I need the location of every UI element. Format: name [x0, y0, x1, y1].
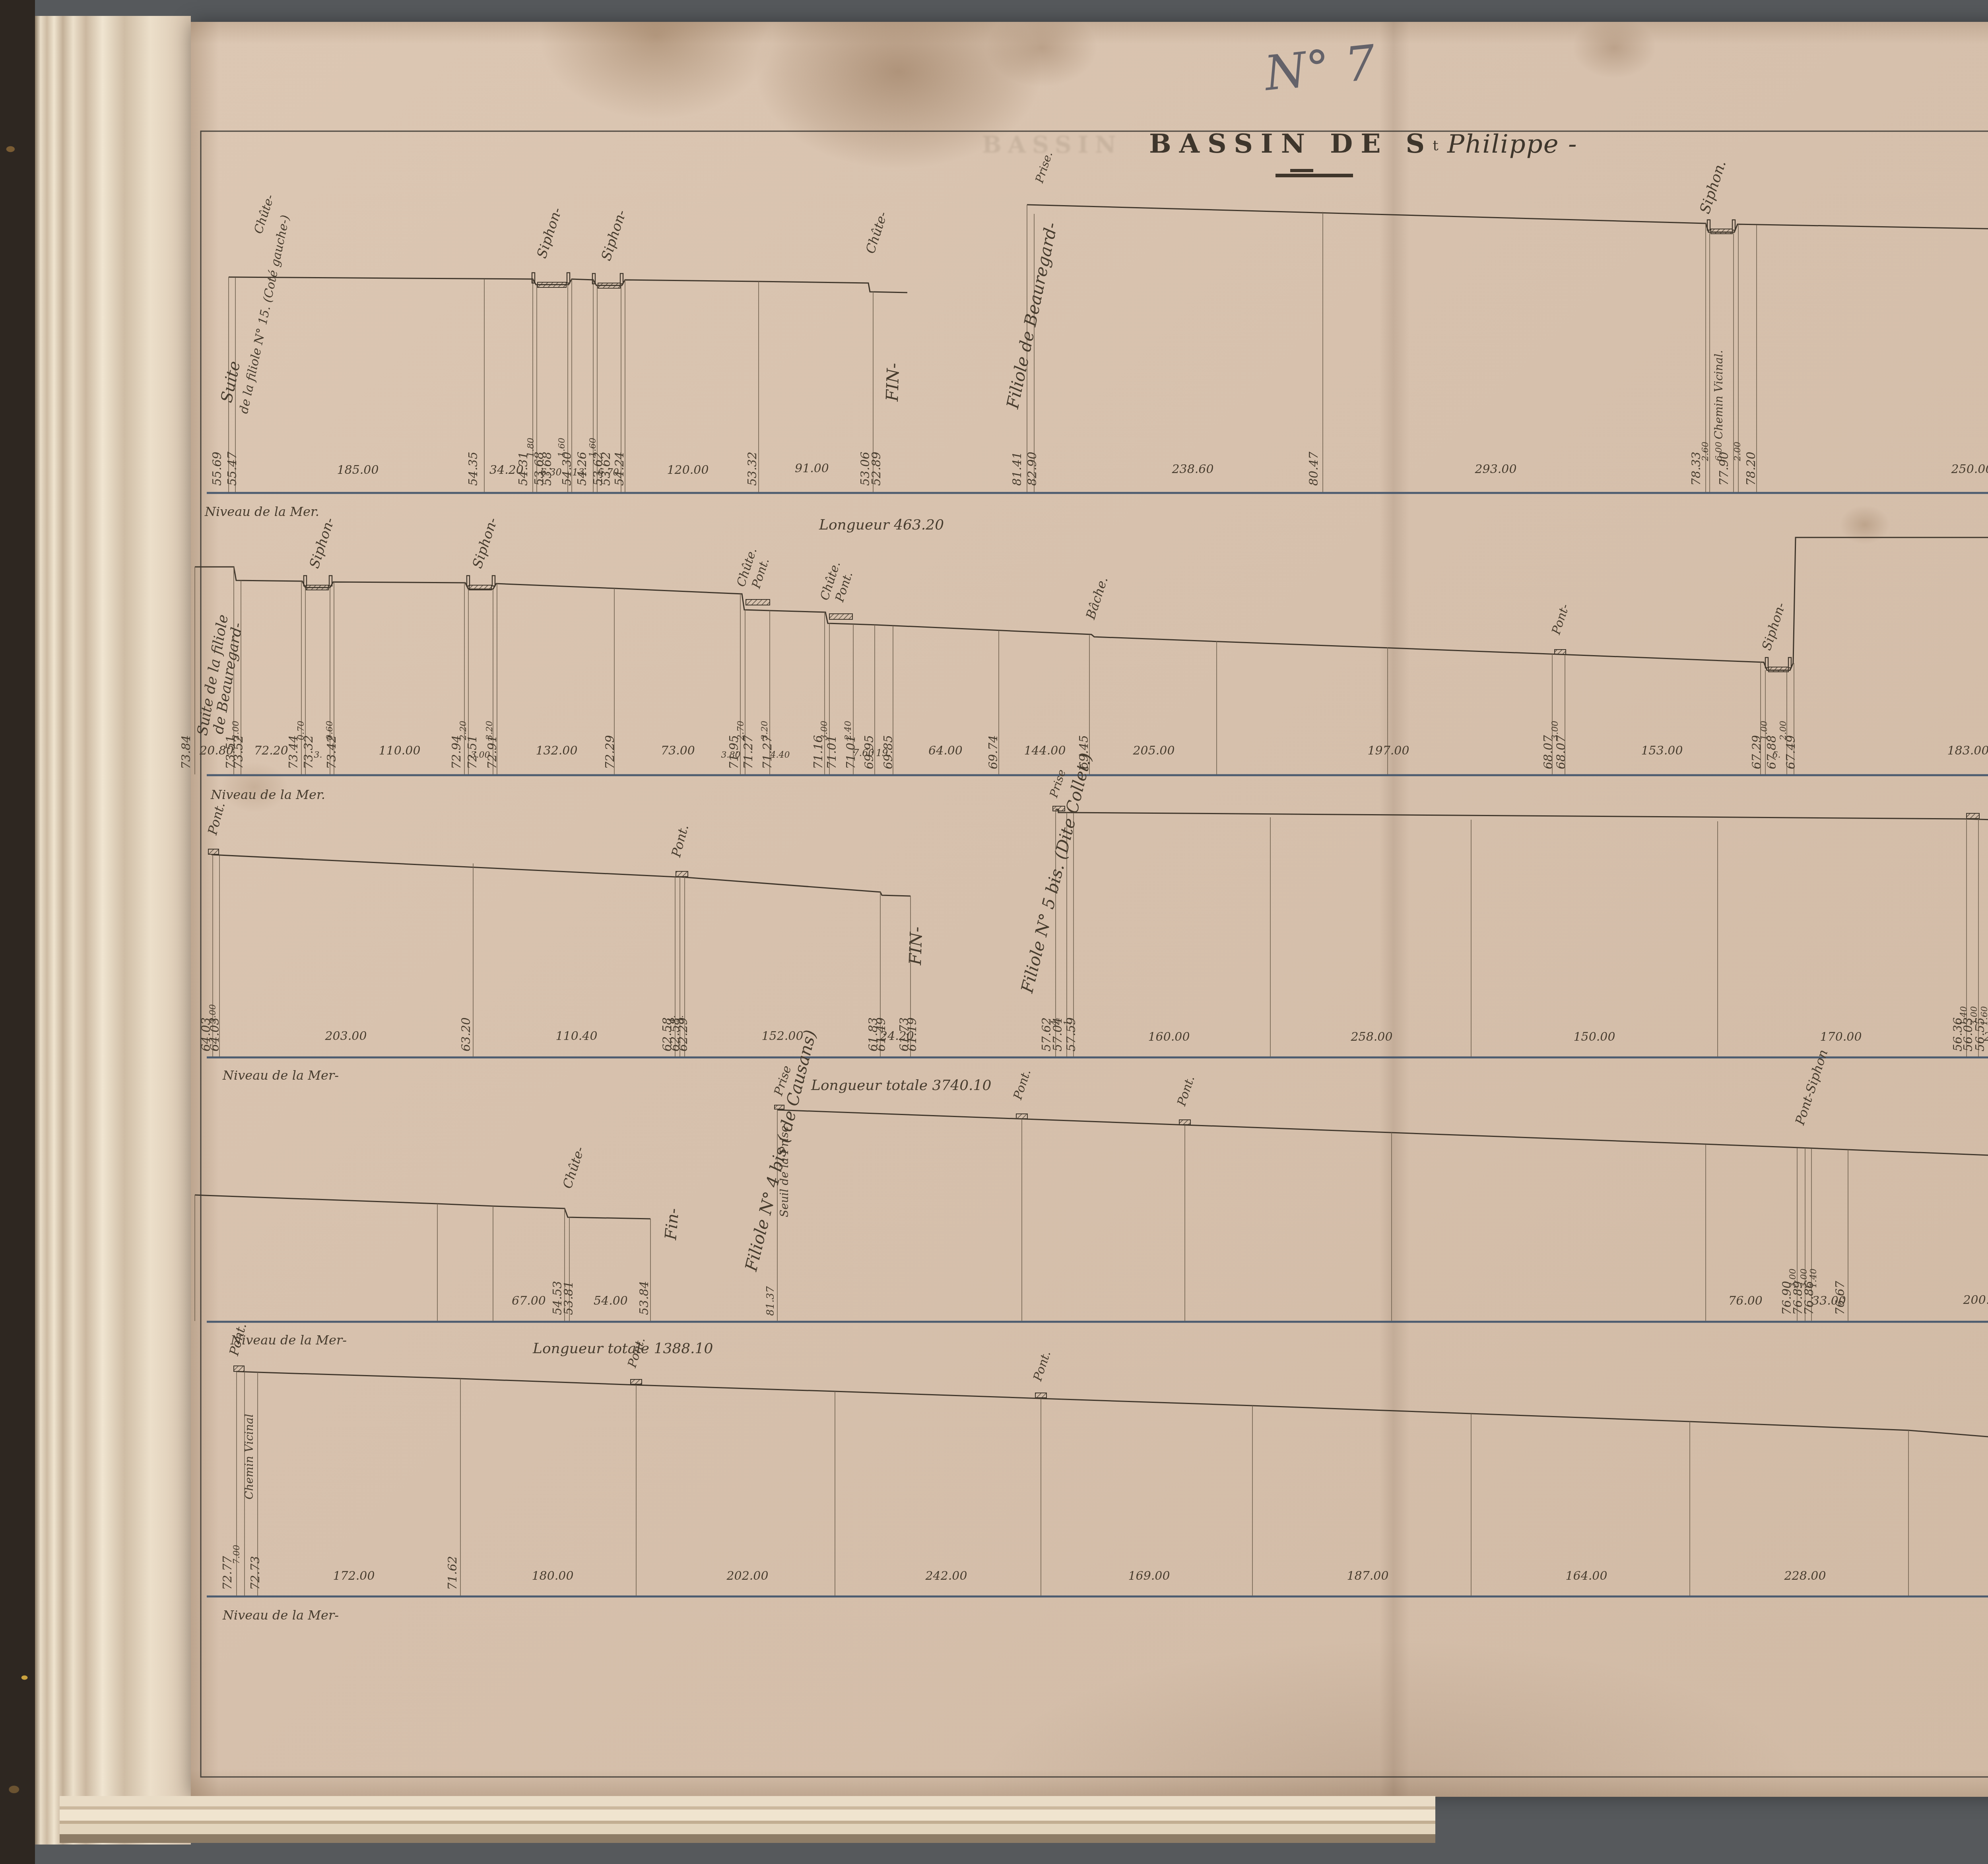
siphon-post [1765, 658, 1768, 668]
title-underline [1276, 174, 1353, 177]
annotation: 152.00 [762, 1029, 804, 1043]
annotation: 1.60 [588, 438, 598, 457]
annotation: 29.00 [1983, 1030, 1988, 1044]
siphon-post [567, 273, 570, 283]
channel-topline [212, 855, 911, 896]
annotation: Niveau de la Mer- [222, 1608, 339, 1623]
profile-drawing-layer: 55.6955.4754.3554.3153.6853.6854.3054.26… [0, 0, 1988, 1864]
masonry-hatch [234, 1366, 244, 1371]
annotation: 91.00 [795, 462, 829, 475]
masonry-hatch [208, 849, 219, 854]
masonry-hatch [1016, 1114, 1027, 1119]
masonry-hatch [306, 585, 328, 590]
annotation: 6.30 [540, 467, 561, 478]
annotation: Chûte- [559, 1145, 587, 1191]
annotation: 238.60 [1172, 462, 1214, 476]
siphon-post [532, 273, 535, 283]
annotation: 2.60 [1701, 442, 1710, 462]
annotation: 170.00 [1820, 1030, 1862, 1044]
annotation: 180.00 [532, 1569, 574, 1583]
annotation: 6. [1773, 750, 1781, 760]
annotation: 110.00 [379, 744, 421, 758]
annotation: 1.80 [526, 438, 536, 457]
annotation: 1. [1063, 1017, 1073, 1026]
annotation: 13. [572, 467, 587, 478]
annotation: 19. [876, 747, 891, 758]
annotation: Pont-Siphon [1792, 1047, 1831, 1127]
annotation: 20.80 [199, 744, 234, 758]
masonry-hatch [1035, 1393, 1046, 1398]
annotation: 4. [1050, 1017, 1060, 1026]
annotation: 72.73 [248, 1556, 262, 1590]
annotation: Chemin Vicinal. [1712, 350, 1725, 439]
annotation: 242.00 [925, 1569, 967, 1583]
annotation: Longueur 463.20 [819, 517, 944, 533]
annotation: 3.20 [760, 721, 770, 740]
channel-topline [195, 1195, 650, 1219]
annotation: Bâche. [1083, 575, 1111, 622]
profile-row4-left: 54.5353.8153.8467.0054.00Chûte-Fin-Nivea… [195, 1145, 713, 1357]
title-underline [1290, 169, 1313, 172]
annotation: 2.70 [736, 721, 746, 741]
profile-row1-left: 55.6955.4754.3554.3153.6853.6854.3054.26… [204, 193, 944, 533]
annotation: 82.90 [1025, 452, 1039, 486]
masonry-hatch [1555, 650, 1566, 654]
annotation: 185.00 [337, 463, 379, 477]
annotation: 1.00 [1759, 721, 1769, 740]
annotation: 3. [314, 750, 322, 760]
siphon-post [620, 273, 623, 284]
scanned-book-photo: { "palette":{"background":"#56595c","pap… [0, 0, 1988, 1864]
annotation: 144.00 [1024, 744, 1066, 758]
annotation: 63.20 [459, 1017, 473, 1051]
annotation: 72.29 [603, 735, 617, 769]
annotation: Pont. [1031, 1349, 1054, 1383]
masonry-hatch [676, 871, 688, 877]
annotation: 4.40 [770, 750, 790, 760]
annotation: 172.00 [333, 1569, 375, 1583]
annotation: 150.00 [1574, 1030, 1615, 1044]
annotation: Pont. [205, 801, 228, 837]
annotation: de la filiole N° 15. (Coté gauche-) [237, 214, 293, 415]
annotation: 250.00 [1951, 462, 1988, 476]
annotation: Fin- [662, 1207, 683, 1241]
annotation: Longueur totale 1388.10 [532, 1340, 713, 1357]
annotation: 1.60 [1980, 1006, 1988, 1026]
annotation: 120.00 [667, 463, 709, 477]
profile-row4-right: 81.3776.9076.8976.8676.673.003.001.4076.… [741, 1028, 1988, 1321]
annotation: 1.40 [1809, 1269, 1819, 1288]
annotation: 228.00 [1784, 1569, 1826, 1583]
annotation: 3.00 [208, 1004, 218, 1024]
annotation: 132.00 [536, 744, 578, 758]
annotation: 2.40 [843, 721, 853, 741]
annotation: 6.70 [598, 467, 619, 478]
annotation: 0.60 [325, 721, 335, 740]
siphon-post [1732, 220, 1735, 230]
annotation: 67.00 [512, 1294, 546, 1308]
masonry-hatch [829, 614, 852, 619]
annotation: 55.69 [210, 452, 224, 486]
annotation: Chemin Vicinal [243, 1414, 256, 1499]
annotation: 197.00 [1368, 744, 1409, 758]
annotation: 24.20 [879, 1029, 914, 1043]
annotation: 7.60 [853, 747, 874, 758]
channel-topline [237, 1371, 1988, 1465]
annotation: 78.20 [1744, 452, 1758, 486]
masonry-hatch [538, 282, 566, 287]
annotation: 3.00 [1550, 721, 1560, 740]
annotation: 54.35 [466, 452, 480, 486]
annotation: 71.62 [446, 1556, 460, 1590]
annotation: 76.00 [1728, 1294, 1763, 1308]
annotation: 2.00 [1733, 442, 1743, 462]
annotation: Prise. [1033, 150, 1055, 185]
annotation: 3. [676, 1015, 685, 1024]
profile-row1-right: 81.4182.9080.4778.3377.9078.2076.762.606… [1003, 150, 1988, 492]
annotation: 7.00 [232, 1545, 242, 1564]
annotation: 3.00 [1788, 1269, 1798, 1288]
annotation: 293.00 [1475, 462, 1517, 476]
annotation: 2.00 [1778, 721, 1788, 741]
annotation: Pont. [1011, 1068, 1034, 1102]
annotation: 187.00 [1347, 1569, 1389, 1583]
annotation: 73.84 [179, 735, 193, 769]
annotation: Pont. [1175, 1074, 1198, 1108]
annotation: Pont. [668, 823, 691, 859]
annotation: 73.00 [661, 744, 695, 758]
annotation: Niveau de la Mer. [204, 504, 319, 519]
annotation: Chûte- [251, 193, 277, 235]
annotation: 34.20 [489, 463, 524, 477]
siphon-post [329, 576, 332, 586]
annotation: 160.00 [1148, 1030, 1190, 1044]
annotation: Siphon- [307, 516, 338, 570]
profile-row3-left: 64.0364.0363.2062.5862.5862.2961.8361.49… [199, 801, 991, 1094]
annotation: 2.20 [458, 721, 468, 741]
annotation: 3.80 [721, 750, 741, 760]
annotation: 202.00 [726, 1569, 769, 1583]
annotation: Siphon- [598, 208, 630, 263]
annotation: 53.32 [745, 452, 759, 486]
annotation: 3.00 [471, 750, 490, 760]
annotation: Siphon. [1697, 158, 1730, 216]
annotation: 183.00 [1947, 744, 1988, 758]
annotation: Longueur totale 3740.10 [811, 1077, 991, 1094]
annotation: FIN- [882, 363, 903, 402]
annotation: Siphon- [1759, 601, 1788, 652]
annotation: Niveau de la Mer. [210, 787, 325, 802]
annotation: 33.00 [1812, 1294, 1846, 1308]
annotation: 3.00 [1969, 1006, 1979, 1026]
annotation: 164.00 [1566, 1569, 1607, 1583]
annotation: Pont- [1549, 602, 1572, 636]
profile-row3-right: 57.6257.0457.5956.3656.0356.5556.4455.20… [1017, 751, 1988, 1057]
annotation: 53.84 [637, 1281, 651, 1315]
annotation: Chûte- [862, 210, 890, 256]
annotation: 2.00 [231, 721, 241, 741]
annotation: 3.00 [1799, 1269, 1809, 1288]
masonry-hatch [1769, 667, 1788, 672]
annotation: 1.40 [1959, 1006, 1969, 1026]
annotation: Prise [1047, 768, 1068, 799]
annotation: 64.00 [928, 744, 963, 758]
annotation: Siphon- [534, 206, 565, 260]
siphon-post [1707, 220, 1710, 230]
annotation: 1.60 [557, 438, 567, 457]
annotation: 3.20 [485, 721, 495, 740]
masonry-hatch [469, 585, 491, 590]
annotation: 53.81 [562, 1281, 576, 1315]
annotation: 169.00 [1128, 1569, 1170, 1583]
annotation: 52.89 [870, 452, 883, 486]
profile-row5: 72.7772.7371.6266.0665.967.00172.00180.0… [221, 1321, 1988, 1639]
channel-topline [1056, 809, 1988, 829]
siphon-post [304, 576, 307, 586]
masonry-hatch [598, 283, 620, 288]
annotation: 203.00 [325, 1029, 367, 1043]
annotation: 81.41 [1010, 452, 1024, 486]
annotation: 54.00 [594, 1294, 628, 1308]
annotation: Filiole de Beauregard- [1003, 221, 1061, 411]
annotation: 55.47 [225, 451, 239, 486]
siphon-post [467, 576, 470, 586]
annotation: Niveau de la Mer- [222, 1068, 339, 1083]
masonry-hatch [1967, 813, 1979, 819]
annotation: 200.00 [1963, 1293, 1988, 1307]
annotation: Siphon- [470, 516, 501, 570]
masonry-hatch [746, 599, 770, 605]
annotation: 3.00 [819, 721, 829, 740]
annotation: 258.00 [1351, 1030, 1393, 1044]
annotation: 110.40 [556, 1029, 598, 1043]
annotation: 80.47 [1307, 451, 1321, 486]
annotation: 153.00 [1641, 744, 1683, 758]
siphon-post [592, 273, 595, 284]
masonry-hatch [631, 1379, 642, 1384]
annotation: 6.00 [1714, 442, 1724, 461]
annotation: Niveau de la Mer- [230, 1333, 347, 1348]
annotation: 81.37 [765, 1286, 777, 1316]
masonry-hatch [1711, 229, 1732, 234]
annotation: 0.70 [296, 721, 306, 740]
annotation: FIN- [905, 926, 926, 966]
annotation: 205.00 [1133, 744, 1175, 758]
channel-topline [1027, 205, 1988, 242]
siphon-post [1788, 658, 1791, 668]
siphon-post [492, 576, 495, 586]
annotation: 69.74 [986, 735, 1000, 769]
masonry-hatch [1179, 1120, 1190, 1125]
annotation: 72.20 [254, 744, 288, 758]
